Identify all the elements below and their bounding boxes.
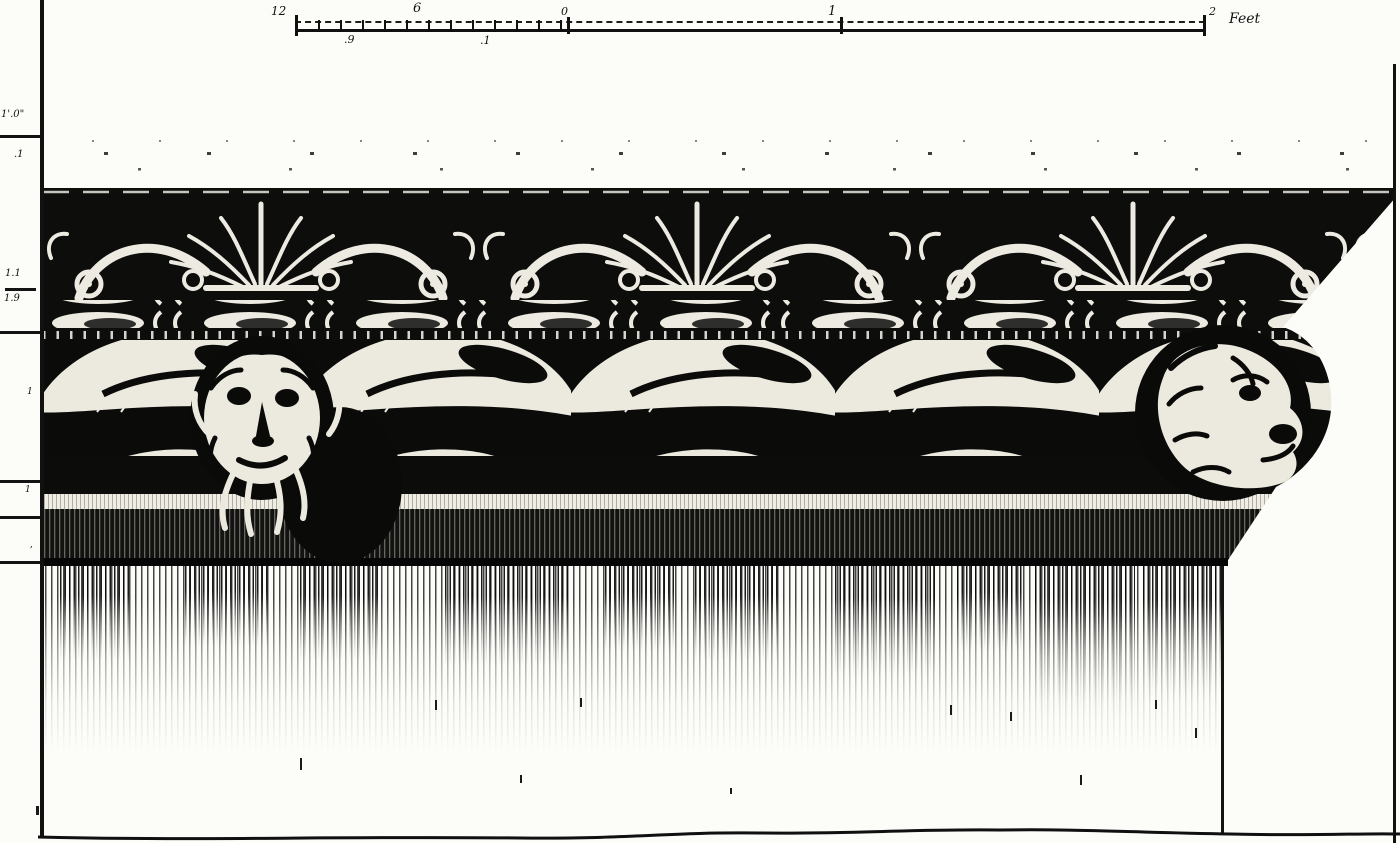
cornice-drawing: [43, 188, 1397, 566]
plate-border-bottom: [0, 818, 1400, 843]
scale-bar-tick: [428, 20, 430, 31]
stray-mark: [435, 700, 437, 710]
scale-bar-tick: [406, 20, 408, 31]
left-ruler-tick: [0, 561, 41, 564]
stray-mark: [580, 698, 582, 707]
left-ruler-tick: [0, 480, 41, 483]
scale-bar-label: 6: [413, 2, 421, 15]
scale-bar-label: .9: [344, 34, 355, 45]
shadow-patch: [1035, 566, 1135, 721]
wall-shadow-hatching: [45, 566, 1221, 794]
scale-bar-dashed-line: [295, 21, 1205, 23]
left-ruler-label: 1'.0": [1, 110, 24, 120]
stray-mark: [300, 758, 302, 770]
stray-mark: [36, 806, 39, 815]
scale-bar-tick: [1203, 15, 1206, 36]
left-ruler-label: .1: [14, 150, 24, 160]
lion-head-corner-right: [1135, 325, 1311, 501]
stray-mark: [1010, 712, 1012, 721]
scale-bar-label: 0: [561, 6, 568, 17]
left-ruler-tick: [0, 516, 41, 519]
scale-bar-tick: [567, 17, 570, 34]
stray-mark: [1080, 775, 1082, 785]
scale-bar-tick: [318, 20, 320, 31]
shadow-patch: [957, 566, 1022, 651]
engraving-plate: 12.96.1012Feet 1'.0".11.11.911,: [0, 0, 1400, 843]
left-ruler-label: 1.1: [5, 269, 21, 279]
anthemion-palmette-frieze: [43, 188, 1397, 302]
scale-bar-main-line: [295, 29, 1205, 32]
scale-bar-tick: [840, 17, 843, 34]
left-ruler-tick: [5, 288, 36, 291]
leaf-and-dart-row: [43, 300, 1397, 330]
scale-bar-tick: [340, 20, 342, 31]
scale-bar-tick: [362, 20, 364, 31]
plate-border-right: [1393, 64, 1396, 843]
stray-mark: [1195, 728, 1197, 738]
scale-bar-tick: [450, 20, 452, 31]
stray-mark: [950, 705, 952, 715]
shadow-patch: [185, 566, 270, 646]
scale-bar-label: Feet: [1229, 12, 1260, 26]
scale-bar-label: 1: [828, 5, 836, 18]
stray-mark: [520, 775, 522, 783]
left-ruler-label: 1: [27, 388, 33, 397]
left-ruler-label: ,: [30, 541, 33, 550]
engraving-speckles: [55, 138, 1375, 182]
left-ruler-label: 1.9: [4, 294, 20, 304]
scale-bar: 12.96.1012Feet: [0, 0, 1400, 56]
wall-corner-line: [1221, 566, 1224, 835]
shadow-patch: [605, 566, 675, 651]
shadow-patch: [445, 566, 570, 666]
scale-bar-label: .1: [480, 35, 491, 46]
left-ruler-label: 1: [25, 486, 31, 495]
scale-bar-label: 12: [271, 5, 286, 17]
scale-bar-tick: [384, 20, 386, 31]
stray-mark: [730, 788, 732, 794]
shadow-patch: [60, 566, 130, 661]
left-ruler-tick: [0, 135, 41, 138]
scale-bar-tick: [560, 20, 562, 31]
left-ruler-tick: [0, 331, 41, 334]
scale-bar-tick: [538, 20, 540, 31]
scale-bar-tick: [472, 20, 474, 31]
stray-mark: [1155, 700, 1157, 709]
scale-bar-tick: [516, 20, 518, 31]
plate-border-left: [40, 0, 44, 838]
scale-bar-tick: [295, 15, 298, 36]
shadow-patch: [300, 566, 380, 661]
shadow-patch: [835, 566, 935, 676]
shadow-patch: [695, 566, 780, 661]
scale-bar-tick: [494, 20, 496, 31]
shadow-patch: [1143, 566, 1221, 696]
scale-bar-label: 2: [1209, 6, 1216, 17]
